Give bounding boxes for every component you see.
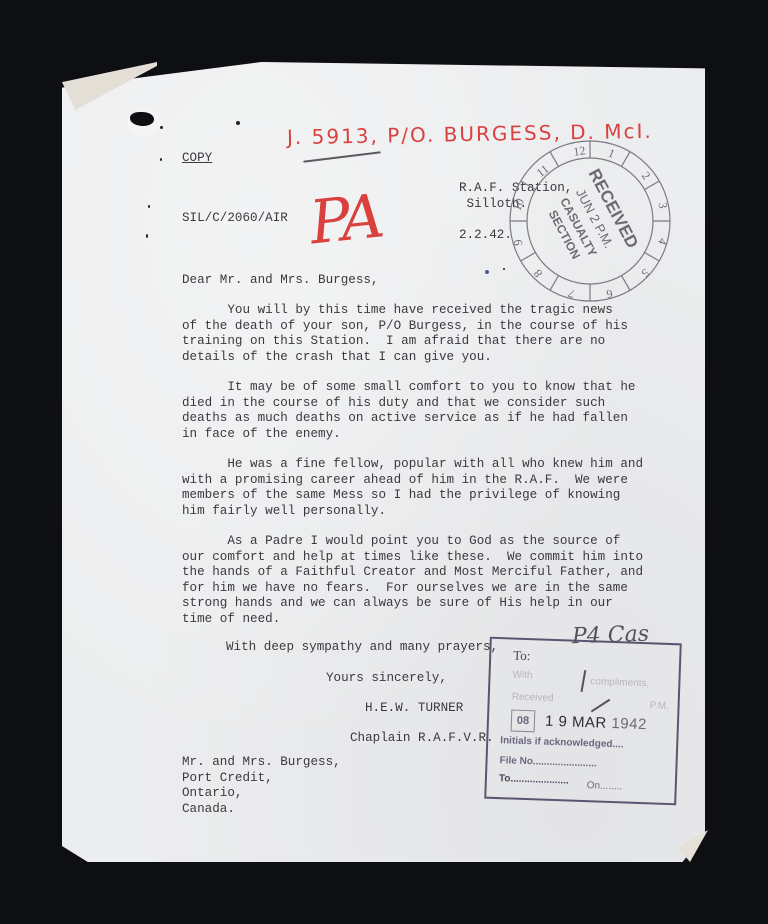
reference-number: SIL/C/2060/AIR <box>182 211 288 227</box>
svg-text:8: 8 <box>530 267 545 280</box>
body-paragraph-1: You will by this time have received the … <box>182 303 628 365</box>
svg-text:12: 12 <box>573 143 587 159</box>
svg-text:2: 2 <box>639 169 654 182</box>
stamp-with-label: With <box>512 670 532 682</box>
handwritten-stamp-initials: P4 Cas <box>572 622 650 650</box>
copy-label: COPY <box>182 151 212 167</box>
stamp-to-line: To..................... <box>499 773 569 786</box>
stamp-received-label: Received <box>512 692 554 704</box>
punch-hole <box>128 108 162 136</box>
svg-text:11: 11 <box>534 162 552 180</box>
salutation: Dear Mr. and Mrs. Burgess, <box>182 273 379 289</box>
svg-text:9: 9 <box>511 239 526 247</box>
handwritten-initials-pa: PA <box>307 182 384 259</box>
received-casualty-section-stamp: 12 1 2 3 4 5 6 7 8 9 10 11 RECEIVED JUN … <box>507 138 673 304</box>
body-paragraph-4: As a Padre I would point you to God as t… <box>182 534 643 627</box>
stamp-compliments-label: compliments, <box>590 676 649 689</box>
body-paragraph-2: It may be of some small comfort to you t… <box>182 380 635 442</box>
stamp-date-year: 1942 <box>611 715 647 733</box>
svg-text:3: 3 <box>656 201 671 209</box>
signatory-name: H.E.W. TURNER <box>365 701 463 717</box>
stamp-file-label: File No....................... <box>499 755 597 769</box>
stamp-on-line: On........ <box>587 780 623 792</box>
body-paragraph-3: He was a fine fellow, popular with all w… <box>182 457 643 519</box>
valediction: Yours sincerely, <box>326 671 447 687</box>
svg-text:1: 1 <box>606 146 617 161</box>
letter-date: 2.2.42. <box>459 228 512 244</box>
svg-text:10: 10 <box>510 196 527 212</box>
received-date-stamp: P4 Cas To: With compliments, Received P.… <box>484 637 682 806</box>
closing-line: With deep sympathy and many prayers, <box>226 640 498 656</box>
pencil-dash <box>591 699 611 713</box>
recipient-address: Mr. and Mrs. Burgess, Port Credit, Ontar… <box>182 755 341 817</box>
stamp-date: 1 9 MAR 1942 <box>545 713 647 734</box>
stamp-to-label: To: <box>513 648 531 665</box>
stamp-date-daymonth: 1 9 MAR <box>545 713 607 732</box>
signatory-title: Chaplain R.A.F.V.R. <box>350 731 494 747</box>
pencil-tick <box>581 670 587 692</box>
stamp-pm-label: P.M. <box>649 700 669 712</box>
stamp-number-box: 08 <box>511 709 536 732</box>
stamp-initials-label: Initials if acknowledged.... <box>500 735 624 750</box>
